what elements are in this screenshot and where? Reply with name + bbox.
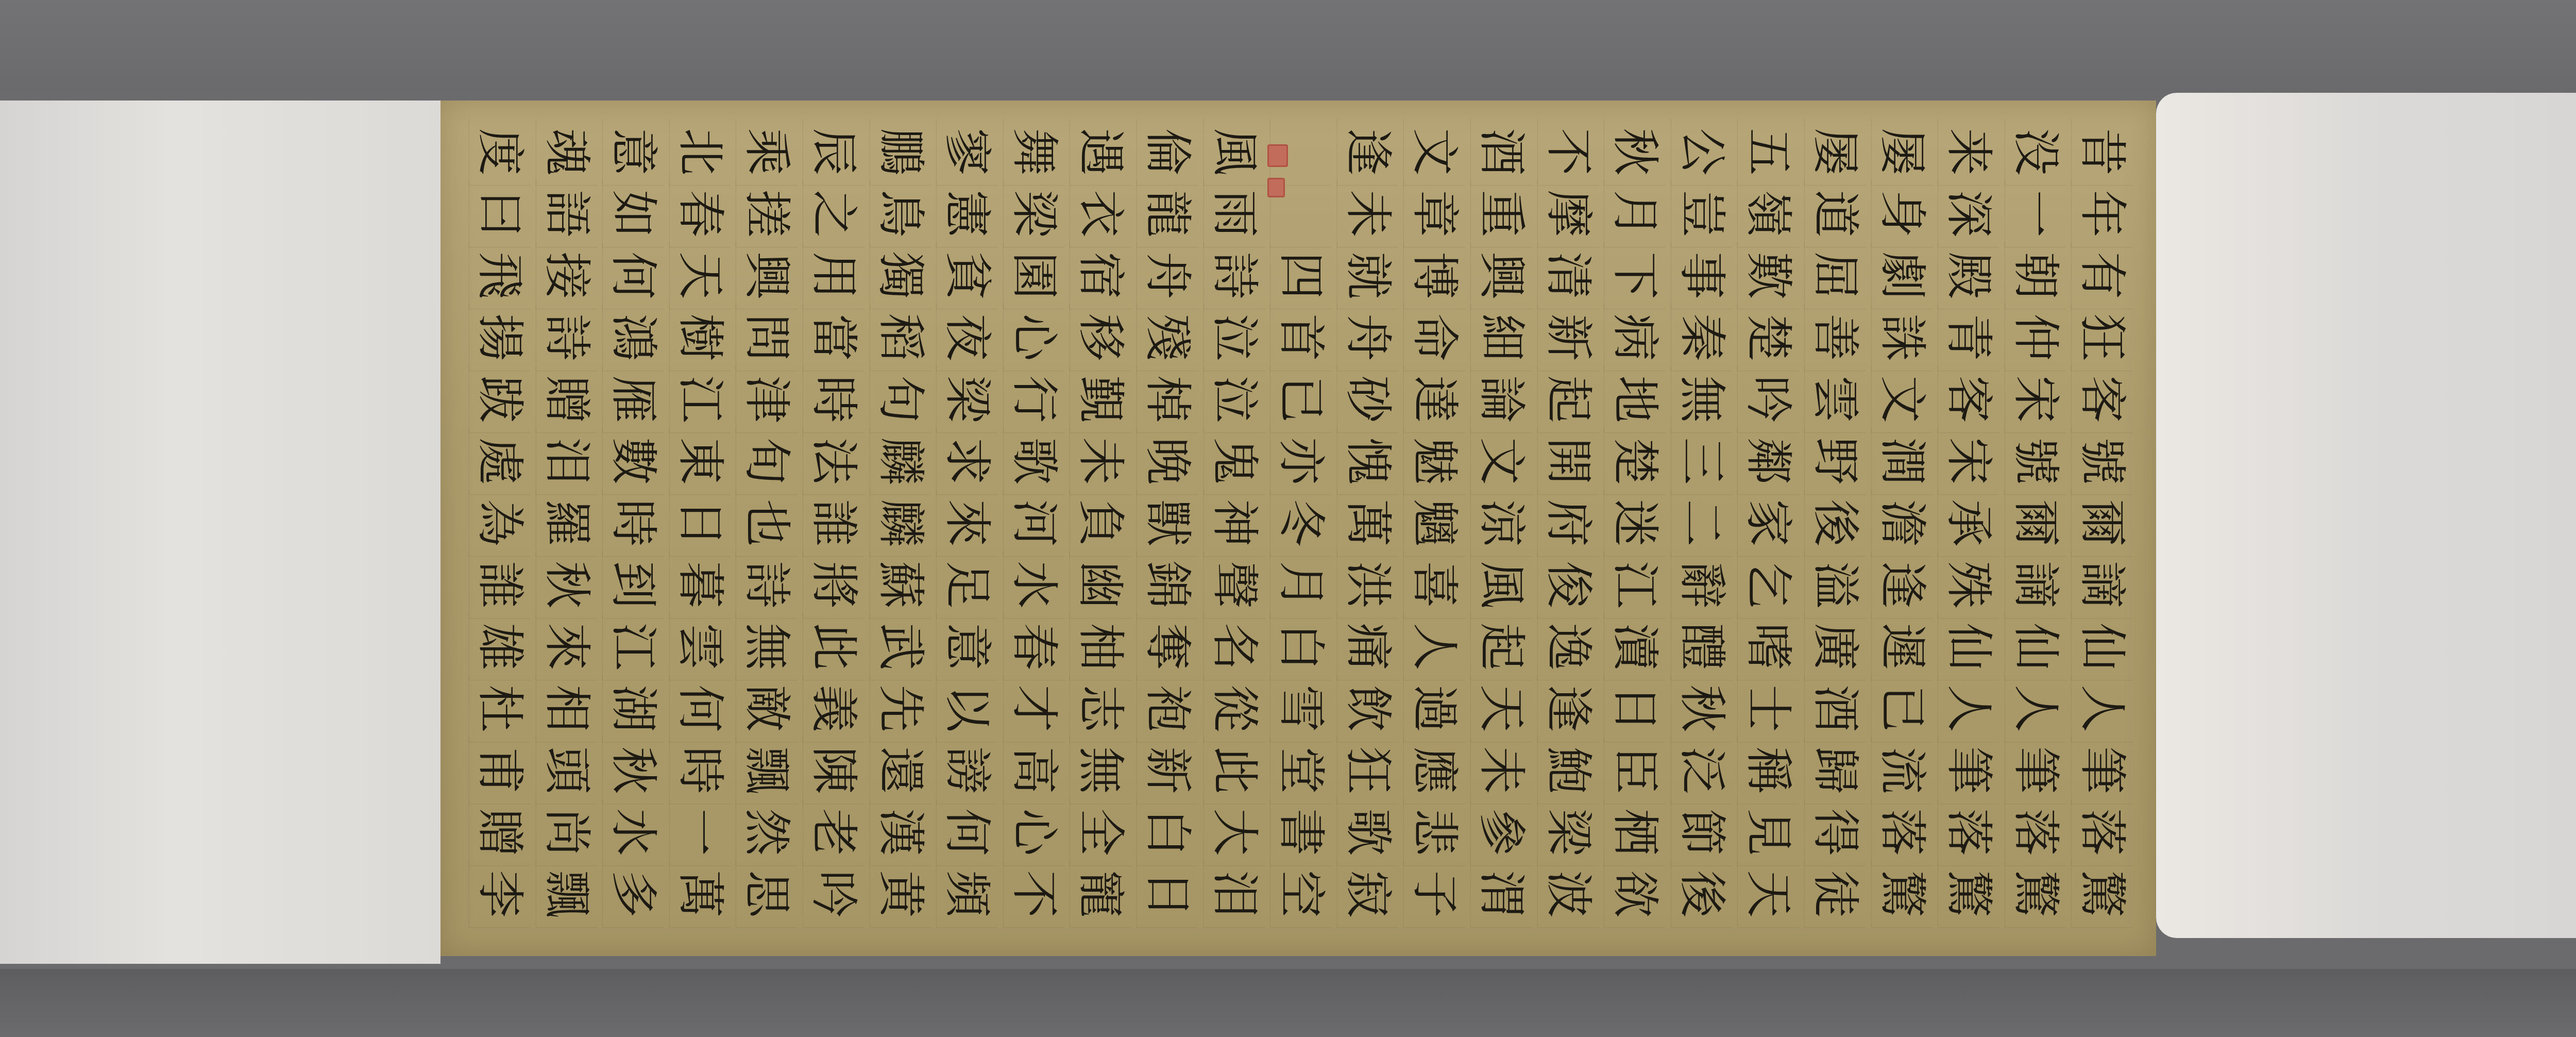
calligraphy-character: 日 [1604, 675, 1666, 742]
calligraphy-character: 暮 [669, 551, 731, 618]
calligraphy-character: 宋 [1938, 428, 1999, 495]
character-grid: 度魂意北乘辰鵬寥舞遇倫風逢文酒不秋公五屡屡来没昔曰語如春搓之鳥憲梁衣龍雨未章重摩… [466, 121, 2136, 925]
calligraphy-character: 語 [535, 180, 597, 247]
calligraphy-character: 雄 [469, 613, 531, 680]
calligraphy-character: 誰 [469, 551, 531, 618]
calligraphy-character: 江 [602, 613, 664, 680]
calligraphy-character: 鮑 [1537, 737, 1599, 804]
calligraphy-character: 博 [1403, 242, 1465, 309]
calligraphy-character: 仙 [2005, 613, 2066, 680]
calligraphy-character: 贈 [469, 799, 531, 866]
calligraphy-character: 楚 [1604, 428, 1666, 495]
calligraphy-character: 江 [1604, 551, 1666, 618]
calligraphy-character: 一 [669, 799, 731, 866]
calligraphy-character: 接 [535, 242, 597, 309]
calligraphy-character: 泪 [535, 428, 597, 495]
calligraphy-character: 泛 [1671, 737, 1733, 804]
calligraphy-character: 青 [1938, 304, 1999, 371]
calligraphy-character: 黄 [869, 861, 931, 928]
calligraphy-character: 風 [1203, 119, 1265, 186]
calligraphy-character: 客 [1938, 366, 1999, 433]
calligraphy-character: 宿 [1070, 242, 1131, 309]
calligraphy-character: 頻 [936, 861, 998, 928]
calligraphy-character: 文 [1470, 428, 1532, 495]
calligraphy-character: 多 [602, 861, 664, 928]
calligraphy-character: 涼 [1470, 490, 1532, 557]
calligraphy-character: 新 [1537, 304, 1599, 371]
calligraphy-character: 人 [2071, 675, 2133, 742]
calligraphy-character: 波 [1537, 861, 1599, 928]
calligraphy-character: 獸 [1137, 490, 1198, 557]
calligraphy-character: 渭 [1470, 861, 1532, 928]
calligraphy-character: 獨 [869, 242, 931, 309]
calligraphy-character: 清 [1537, 242, 1599, 309]
calligraphy-character: 秋 [535, 551, 597, 618]
calligraphy-character: 足 [936, 551, 998, 618]
calligraphy-character: 来 [1938, 119, 1999, 186]
calligraphy-character: 殊 [1938, 551, 1999, 618]
calligraphy-character: 歌 [1003, 428, 1065, 495]
calligraphy-character: 起 [1537, 366, 1599, 433]
calligraphy-character: 泪 [1203, 861, 1265, 928]
calligraphy-character: 未 [1337, 180, 1399, 247]
calligraphy-character: 名 [1203, 613, 1265, 680]
calligraphy-character: 揚 [469, 304, 531, 371]
calligraphy-character: 北 [669, 119, 731, 186]
calligraphy-character: 泣 [1203, 366, 1265, 433]
calligraphy-character: 屡 [1804, 119, 1866, 186]
red-seal-icon [1267, 178, 1285, 197]
calligraphy-character: 舟 [1137, 242, 1198, 309]
calligraphy-character: 屡 [1871, 119, 1933, 186]
calligraphy-character: 搓 [736, 180, 798, 247]
calligraphy-character: 謫 [2071, 551, 2133, 618]
calligraphy-character: 朝 [2005, 242, 2066, 309]
calligraphy-character: 雁 [602, 366, 664, 433]
calligraphy-character: 旬 [736, 428, 798, 495]
calligraphy-character: 天 [1737, 861, 1799, 928]
calligraphy-character: 落 [2071, 799, 2133, 866]
calligraphy-character: 嗜 [1737, 613, 1799, 680]
calligraphy-character: 無 [1070, 737, 1131, 804]
calligraphy-character: 飲 [1337, 675, 1399, 742]
calligraphy-character: 意 [602, 119, 664, 186]
calligraphy-character: 廣 [1804, 613, 1866, 680]
calligraphy-character: 大 [1203, 799, 1265, 866]
calligraphy-character: 驚 [2071, 861, 2133, 928]
calligraphy-character: 白 [1270, 613, 1332, 680]
calligraphy-character: 寂 [1337, 861, 1399, 928]
calligraphy-character: 二 [1671, 490, 1733, 557]
calligraphy-character: 秋 [602, 737, 664, 804]
calligraphy-character: 人 [1938, 675, 1999, 742]
calligraphy-character: 蘇 [869, 551, 931, 618]
calligraphy-character: 吟 [803, 861, 865, 928]
calligraphy-character: 飛 [469, 242, 531, 309]
calligraphy-character: 仲 [2005, 304, 2066, 371]
calligraphy-character: 鳥 [869, 180, 931, 247]
calligraphy-character: 也 [736, 490, 798, 557]
calligraphy-character: 乞 [1737, 551, 1799, 618]
calligraphy-character: 狂 [1337, 737, 1399, 804]
calligraphy-character: 天 [669, 242, 731, 309]
calligraphy-character: 雪 [1270, 675, 1332, 742]
calligraphy-character: 昔 [2071, 119, 2133, 186]
calligraphy-character: 誰 [803, 490, 865, 557]
calligraphy-character: 欲 [1604, 861, 1666, 928]
calligraphy-character: 柚 [1070, 613, 1131, 680]
calligraphy-character: 來 [936, 490, 998, 557]
calligraphy-character: 鵬 [869, 119, 931, 186]
calligraphy-character: 麟 [869, 428, 931, 495]
calligraphy-character: 武 [869, 613, 931, 680]
calligraphy-character: 人 [2005, 675, 2066, 742]
calligraphy-character: 為 [469, 490, 531, 557]
calligraphy-character: 謫 [2005, 551, 2066, 618]
calligraphy-character: 萬 [669, 861, 731, 928]
right-mounting-paper [2156, 93, 2576, 938]
calligraphy-character: 相 [535, 675, 597, 742]
calligraphy-character: 身 [1871, 180, 1933, 247]
calligraphy-character: 冬 [1270, 490, 1332, 557]
calligraphy-character: 何 [936, 799, 998, 866]
calligraphy-character: 秦 [1671, 304, 1733, 371]
calligraphy-character: 起 [1470, 613, 1532, 680]
calligraphy-character: 月 [1270, 551, 1332, 618]
calligraphy-character: 新 [1137, 737, 1198, 804]
calligraphy-character: 寥 [936, 119, 998, 186]
calligraphy-character: 幽 [1070, 551, 1131, 618]
calligraphy-character: 從 [1203, 675, 1265, 742]
calligraphy-character: 堂 [1270, 737, 1332, 804]
calligraphy-character: 飄 [535, 861, 597, 928]
calligraphy-character: 問 [736, 304, 798, 371]
calligraphy-character: 澗 [1871, 428, 1933, 495]
calligraphy-character: 敵 [736, 675, 798, 742]
calligraphy-character: 逢 [1537, 675, 1599, 742]
calligraphy-character: 義 [803, 675, 865, 742]
calligraphy-character: 志 [1070, 675, 1131, 742]
calligraphy-character: 楚 [1737, 304, 1799, 371]
calligraphy-character: 數 [602, 428, 664, 495]
calligraphy-character: 舟 [1337, 304, 1399, 371]
calligraphy-character: 殘 [1137, 304, 1198, 371]
calligraphy-character: 四 [1270, 242, 1332, 309]
calligraphy-character: 天 [1470, 675, 1532, 742]
calligraphy-character: 摩 [1537, 180, 1599, 247]
calligraphy-character: 謗 [936, 737, 998, 804]
calligraphy-character: 洪 [1337, 551, 1399, 618]
calligraphy-character: 子 [1403, 861, 1465, 928]
calligraphy-character: 衣 [1070, 180, 1131, 247]
calligraphy-character: 魂 [535, 119, 597, 186]
calligraphy-character: 度 [469, 119, 531, 186]
calligraphy-character: 地 [1604, 366, 1666, 433]
calligraphy-character: 晚 [1137, 428, 1198, 495]
calligraphy-character: 辰 [803, 119, 865, 186]
calligraphy-character: 春 [1003, 613, 1065, 680]
calligraphy-character: 鄰 [1737, 428, 1799, 495]
calligraphy-character: 後 [1671, 861, 1733, 928]
calligraphy-character: 無 [1671, 366, 1733, 433]
calligraphy-character: 善 [1804, 304, 1866, 371]
calligraphy-character: 當 [803, 304, 865, 371]
calligraphy-character: 落 [1871, 799, 1933, 866]
calligraphy-character: 文 [1871, 366, 1933, 433]
calligraphy-character: 舞 [1003, 119, 1065, 186]
calligraphy-character: 杜 [469, 675, 531, 742]
calligraphy-character: 後 [1804, 490, 1866, 557]
calligraphy-character: 細 [1470, 304, 1532, 371]
left-mounting-paper [0, 101, 440, 964]
calligraphy-character: 以 [936, 675, 998, 742]
calligraphy-character: 心 [1003, 799, 1065, 866]
calligraphy-character: 爾 [2005, 490, 2066, 557]
calligraphy-character: 野 [1804, 428, 1866, 495]
calligraphy-character: 寵 [1070, 861, 1131, 928]
calligraphy-character: 龍 [1137, 180, 1198, 247]
calligraphy-character: 無 [736, 613, 798, 680]
calligraphy-character: 才 [1003, 675, 1065, 742]
calligraphy-character: 萬 [1337, 490, 1399, 557]
calligraphy-character: 津 [736, 366, 798, 433]
calligraphy-character: 白 [1137, 799, 1198, 866]
calligraphy-character: 落 [2005, 799, 2066, 866]
calligraphy-character: 號 [2071, 428, 2133, 495]
calligraphy-character: 陳 [803, 737, 865, 804]
calligraphy-character: 承 [1938, 490, 1999, 557]
calligraphy-character: 文 [1403, 119, 1465, 186]
calligraphy-character: 開 [1537, 428, 1599, 495]
calligraphy-character: 臣 [1604, 737, 1666, 804]
calligraphy-character: 仙 [2071, 613, 2133, 680]
calligraphy-character: 已 [1270, 366, 1332, 433]
calligraphy-character: 棹 [1137, 366, 1198, 433]
calligraphy-character: 驚 [1871, 861, 1933, 928]
calligraphy-character: 梁 [936, 366, 998, 433]
calligraphy-character: 不 [1537, 119, 1599, 186]
calligraphy-character: 狂 [2071, 304, 2133, 371]
calligraphy-character: 時 [602, 490, 664, 557]
calligraphy-character: 豈 [1671, 180, 1733, 247]
calligraphy-character: 流 [1871, 737, 1933, 804]
calligraphy-character: 雲 [669, 613, 731, 680]
calligraphy-character: 筆 [2071, 737, 2133, 804]
calligraphy-character: 貧 [936, 242, 998, 309]
calligraphy-character: 麟 [869, 490, 931, 557]
calligraphy-character: 驚 [1938, 861, 1999, 928]
calligraphy-character: 府 [1537, 490, 1599, 557]
calligraphy-character: 見 [1737, 799, 1799, 866]
calligraphy-character: 栖 [1604, 799, 1666, 866]
calligraphy-character: 之 [803, 180, 865, 247]
calligraphy-character: 劇 [1871, 242, 1933, 309]
calligraphy-character: 俊 [1537, 551, 1599, 618]
calligraphy-character: 有 [2071, 242, 2133, 309]
calligraphy-character: 夜 [936, 304, 998, 371]
calligraphy-character: 還 [869, 737, 931, 804]
calligraphy-character: 飄 [736, 737, 798, 804]
calligraphy-character: 何 [602, 242, 664, 309]
calligraphy-character: 筆 [2005, 737, 2066, 804]
calligraphy-character: 將 [803, 551, 865, 618]
calligraphy-character: 此 [1203, 737, 1265, 804]
calligraphy-character: 河 [1003, 490, 1065, 557]
calligraphy-character: 客 [2071, 366, 2133, 433]
calligraphy-character: 五 [1737, 119, 1799, 186]
calligraphy-character: 處 [469, 428, 531, 495]
calligraphy-character: 迷 [1604, 490, 1666, 557]
calligraphy-character: 鴻 [602, 304, 664, 371]
calligraphy-character: 求 [936, 428, 998, 495]
calligraphy-character: 辭 [1671, 551, 1733, 618]
calligraphy-character: 春 [669, 180, 731, 247]
calligraphy-character: 深 [1938, 180, 1999, 247]
calligraphy-character: 没 [2005, 119, 2066, 186]
red-seal-icon [1267, 144, 1288, 167]
calligraphy-character: 錦 [1137, 551, 1198, 618]
calligraphy-character: 歸 [1804, 737, 1866, 804]
handscroll: 度魂意北乘辰鵬寥舞遇倫風逢文酒不秋公五屡屡来没昔曰語如春搓之鳥憲梁衣龍雨未章重摩… [0, 0, 2576, 1037]
calligraphy-character: 遇 [1070, 119, 1131, 186]
calligraphy-character: 先 [869, 675, 931, 742]
calligraphy-character: 江 [669, 366, 731, 433]
calligraphy-character: 家 [1737, 490, 1799, 557]
calligraphy-character: 驚 [2005, 861, 2066, 928]
calligraphy-character: 高 [1003, 737, 1065, 804]
calligraphy-character: 湖 [602, 675, 664, 742]
calligraphy-character: 魅 [1403, 428, 1465, 495]
calligraphy-character: 號 [2005, 428, 2066, 495]
calligraphy-character: 雲 [1804, 366, 1866, 433]
calligraphy-character: 法 [803, 428, 865, 495]
calligraphy-character: 詩 [736, 551, 798, 618]
calligraphy-character: 詩 [1203, 242, 1265, 309]
calligraphy-character: 吟 [1737, 366, 1799, 433]
calligraphy-character: 魑 [1403, 490, 1465, 557]
calligraphy-character: 到 [602, 551, 664, 618]
calligraphy-character: 逢 [1337, 119, 1399, 186]
calligraphy-character: 何 [669, 675, 731, 742]
calligraphy-character: 梁 [1003, 180, 1065, 247]
calligraphy-character: 殿 [1938, 242, 1999, 309]
calligraphy-character: 下 [1604, 242, 1666, 309]
calligraphy-character: 已 [1871, 675, 1933, 742]
calligraphy-character: 溢 [1804, 551, 1866, 618]
calligraphy-character: 李 [469, 861, 531, 928]
calligraphy-character: 水 [1003, 551, 1065, 618]
calligraphy-character: 月 [1604, 180, 1666, 247]
calligraphy-character: 事 [1671, 242, 1733, 309]
calligraphy-character: 落 [1938, 799, 1999, 866]
calligraphy-character: 日 [1137, 861, 1198, 928]
calligraphy-character: 砂 [1337, 366, 1399, 433]
calligraphy-character: 風 [1470, 551, 1532, 618]
calligraphy-character: 思 [736, 861, 798, 928]
calligraphy-character: 酒 [1804, 675, 1866, 742]
calligraphy-character: 尚 [535, 799, 597, 866]
calligraphy-character: 徒 [1804, 861, 1866, 928]
calligraphy-character: 年 [2071, 180, 2133, 247]
calligraphy-character: 書 [1270, 799, 1332, 866]
calligraphy-character: 倫 [1137, 119, 1198, 186]
calligraphy-character: 日 [669, 490, 731, 557]
calligraphy-character: 梁 [1537, 799, 1599, 866]
calligraphy-character: 詩 [535, 304, 597, 371]
calligraphy-character: 道 [1804, 180, 1866, 247]
calligraphy-character: 歎 [1737, 242, 1799, 309]
calligraphy-character: 誅 [1871, 304, 1933, 371]
calligraphy-character: 空 [1270, 861, 1332, 928]
calligraphy-character: 如 [602, 180, 664, 247]
calligraphy-character: 應 [1403, 737, 1465, 804]
calligraphy-character: 屈 [1804, 242, 1866, 309]
calligraphy-character: 就 [1337, 242, 1399, 309]
calligraphy-character: 全 [1070, 799, 1131, 866]
calligraphy-character: 頭 [535, 737, 597, 804]
calligraphy-character: 達 [1403, 366, 1465, 433]
calligraphy-character: 三 [1671, 428, 1733, 495]
calligraphy-character: 秋 [1604, 119, 1666, 186]
calligraphy-character: 雨 [1203, 180, 1265, 247]
calligraphy-character: 節 [1671, 799, 1733, 866]
calligraphy-character: 愧 [1337, 428, 1399, 495]
calligraphy-character: 過 [1403, 675, 1465, 742]
calligraphy-character: 亦 [1270, 428, 1332, 495]
calligraphy-character: 酒 [1470, 119, 1532, 186]
calligraphy-character: 未 [1070, 428, 1131, 495]
calligraphy-character: 漢 [869, 799, 931, 866]
calligraphy-character: 移 [1070, 304, 1131, 371]
calligraphy-character: 論 [1470, 366, 1532, 433]
calligraphy-character: 此 [803, 613, 865, 680]
calligraphy-character: 得 [1804, 799, 1866, 866]
calligraphy-silk-panel: 度魂意北乘辰鵬寥舞遇倫風逢文酒不秋公五屡屡来没昔曰語如春搓之鳥憲梁衣龍雨未章重摩… [440, 101, 2156, 956]
calligraphy-character: 水 [602, 799, 664, 866]
calligraphy-character: 興 [1470, 242, 1532, 309]
calligraphy-character: 醴 [1671, 613, 1733, 680]
calligraphy-character: 逸 [1537, 613, 1599, 680]
calligraphy-character: 一 [2005, 180, 2066, 247]
calligraphy-character: 未 [1470, 737, 1532, 804]
calligraphy-character: 重 [1470, 180, 1532, 247]
calligraphy-character: 命 [1403, 304, 1465, 371]
calligraphy-character: 鬼 [1203, 428, 1265, 495]
calligraphy-character: 歌 [1337, 799, 1399, 866]
calligraphy-character: 負 [1070, 490, 1131, 557]
calligraphy-character: 逢 [1871, 551, 1933, 618]
calligraphy-character: 贈 [535, 366, 597, 433]
calligraphy-character: 句 [869, 366, 931, 433]
calligraphy-character: 泣 [1203, 304, 1265, 371]
calligraphy-character: 秋 [1671, 675, 1733, 742]
calligraphy-character: 瀆 [1604, 613, 1666, 680]
calligraphy-character: 時 [669, 737, 731, 804]
calligraphy-character: 甫 [469, 737, 531, 804]
calligraphy-character: 行 [1003, 366, 1065, 433]
calligraphy-character: 神 [1203, 490, 1265, 557]
calligraphy-character: 首 [1270, 304, 1332, 371]
calligraphy-character: 來 [535, 613, 597, 680]
calligraphy-character: 人 [1403, 613, 1465, 680]
calligraphy-character: 嶺 [1737, 180, 1799, 247]
calligraphy-character: 心 [1003, 304, 1065, 371]
calligraphy-character: 園 [1003, 242, 1065, 309]
calligraphy-character: 澹 [1871, 490, 1933, 557]
calligraphy-character: 曰 [469, 180, 531, 247]
calligraphy-character: 乘 [736, 119, 798, 186]
calligraphy-character: 東 [669, 428, 731, 495]
